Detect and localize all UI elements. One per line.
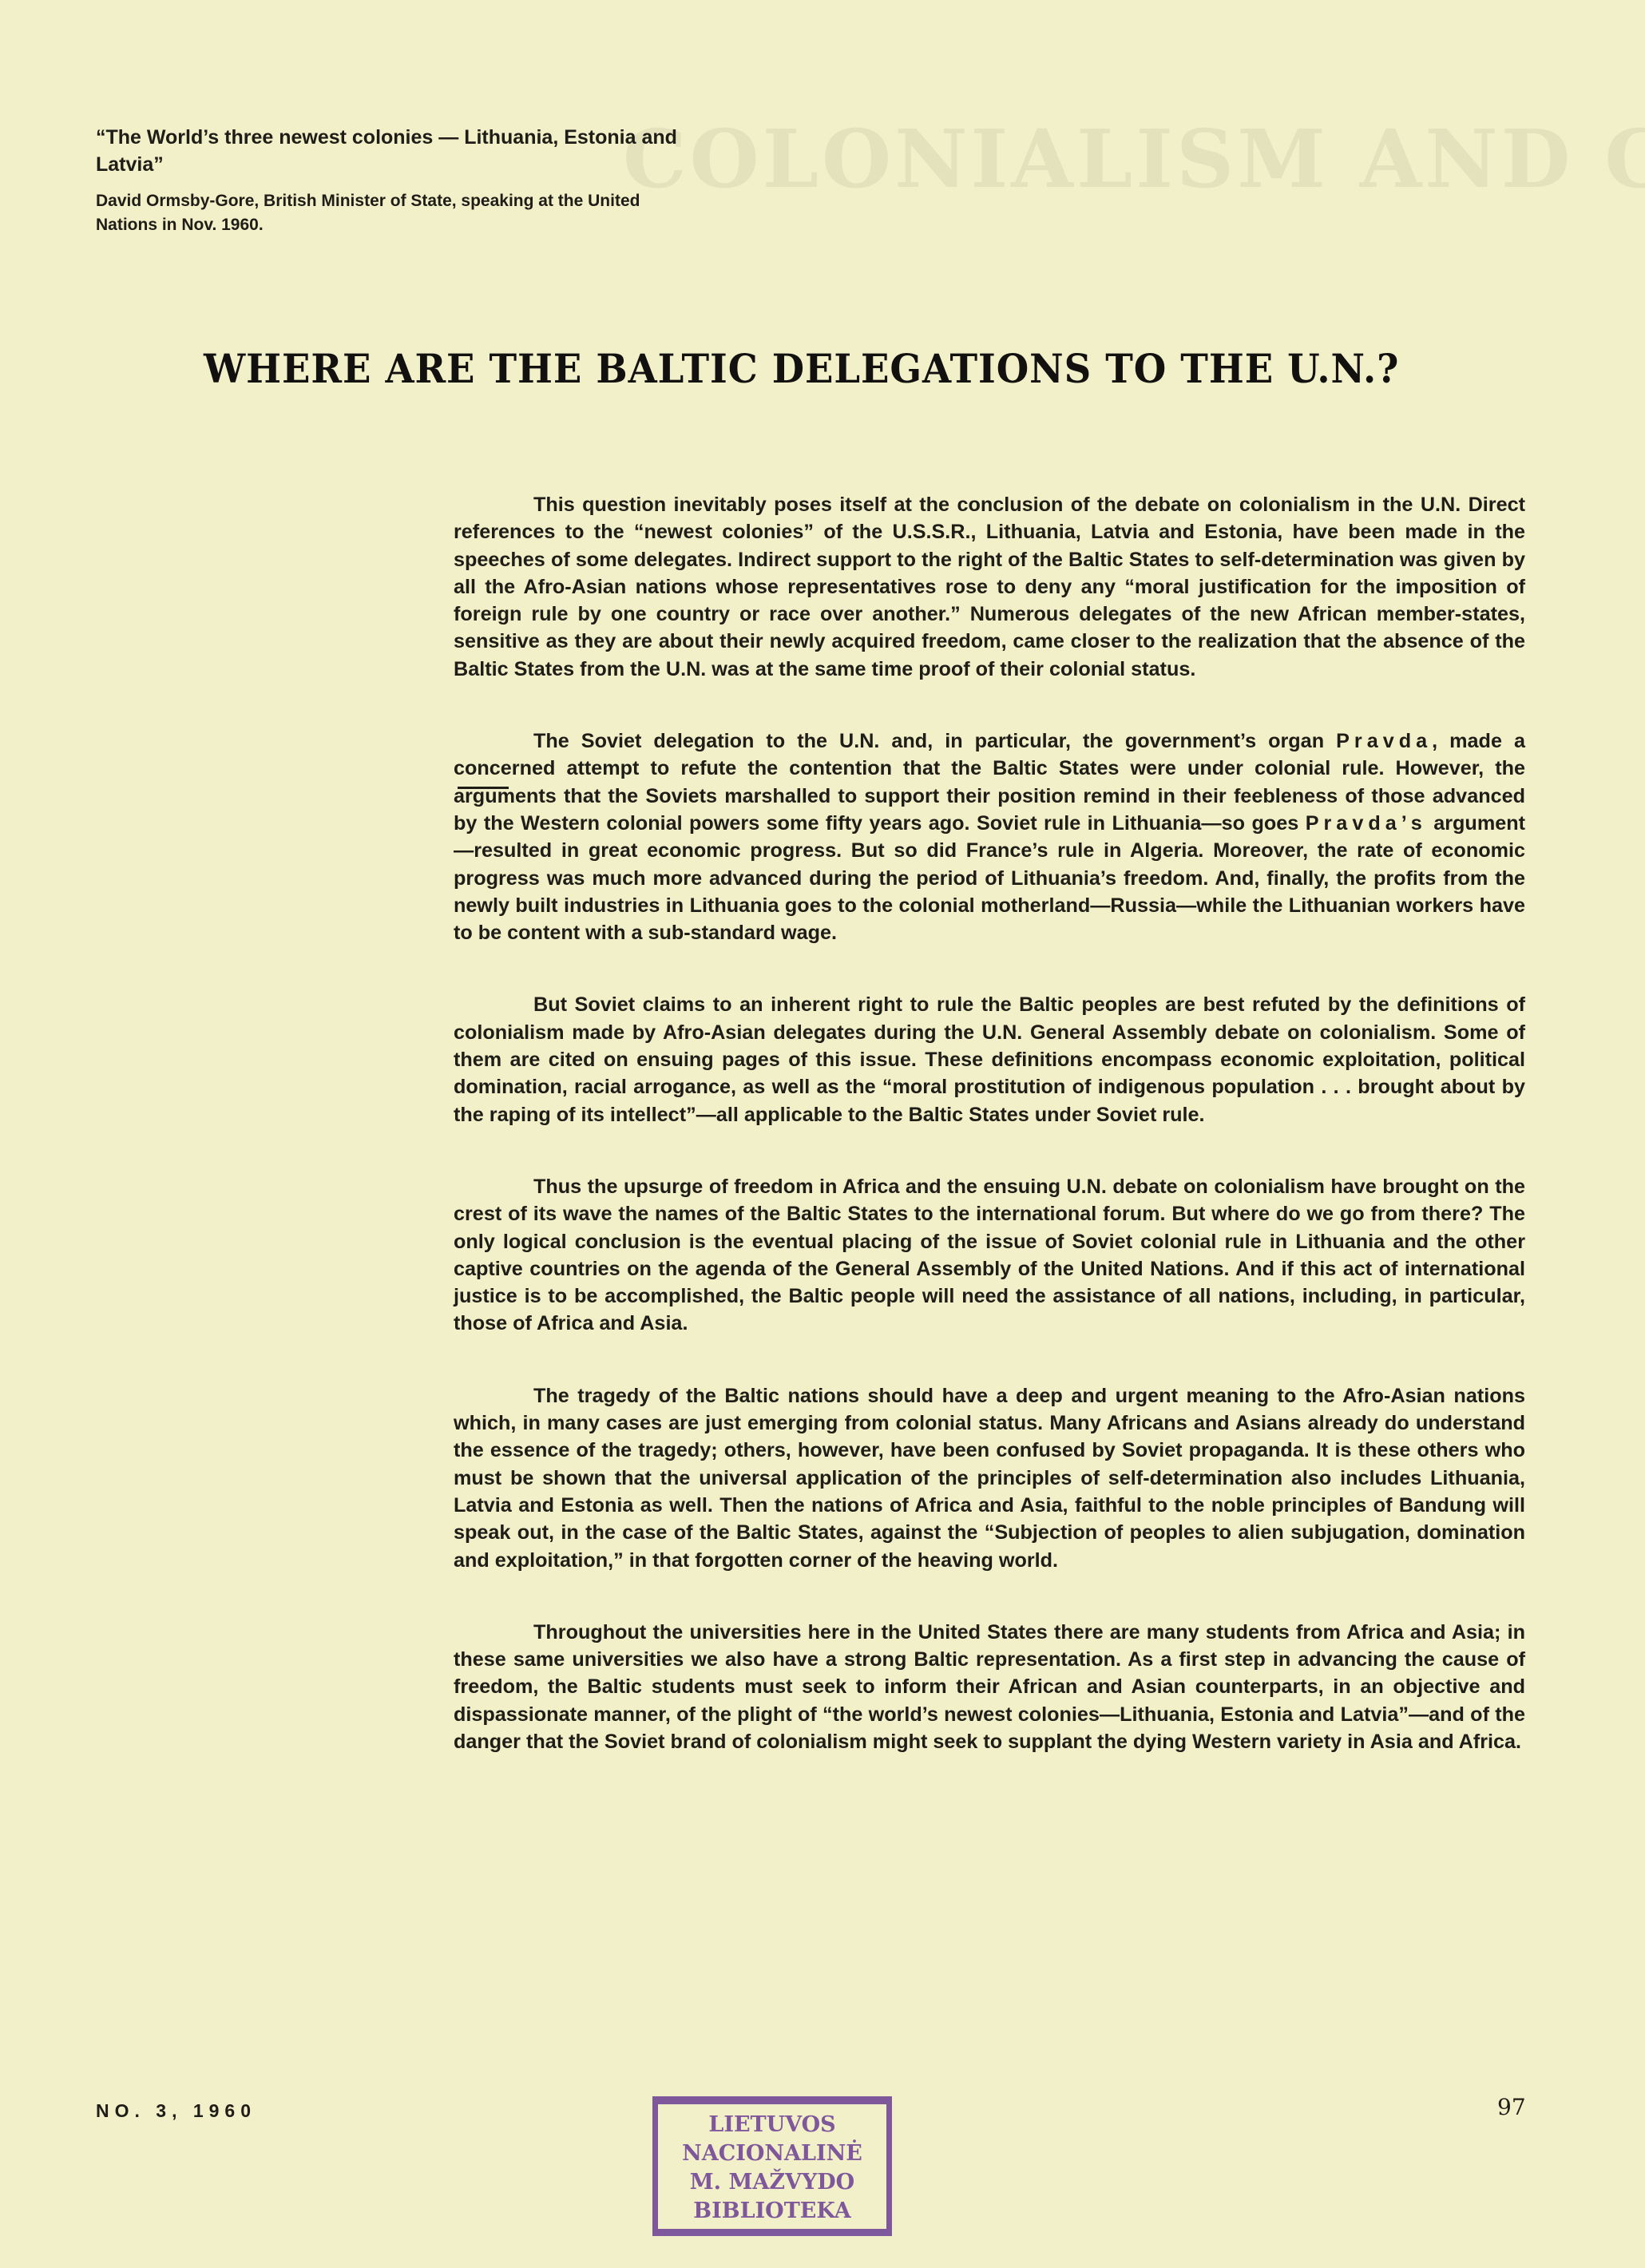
stamp-line-4: BIBLIOTEKA [658, 2197, 886, 2226]
paragraph-2-text-a: The Soviet delegation to the U.N. and, i… [533, 730, 1336, 752]
paragraph-4: Thus the upsurge of freedom in Africa an… [454, 1173, 1525, 1338]
paragraph-5: The tragedy of the Baltic nations should… [454, 1382, 1525, 1574]
paragraph-1: This question inevitably poses itself at… [454, 491, 1525, 683]
pravda-emphasis: Pravda’s [1306, 812, 1427, 835]
stamp-line-3: M. MAŽVYDO [658, 2168, 886, 2197]
paragraph-3: But Soviet claims to an inherent right t… [454, 991, 1525, 1128]
epigraph-quote: “The World’s three newest colonies — Lit… [96, 124, 703, 178]
pravda-emphasis: Pravda [1336, 730, 1432, 752]
issue-number: NO. 3, 1960 [96, 2100, 256, 2122]
paragraph-2: The Soviet delegation to the U.N. and, i… [454, 728, 1525, 946]
stamp-line-1: LIETUVOS [658, 2111, 886, 2139]
page-number: 97 [1497, 2094, 1526, 2120]
paragraph-6: Throughout the universities here in the … [454, 1619, 1525, 1755]
stamp-line-2: NACIONALINĖ [658, 2139, 886, 2168]
library-stamp: LIETUVOS NACIONALINĖ M. MAŽVYDO BIBLIOTE… [652, 2096, 892, 2236]
article-body: This question inevitably poses itself at… [454, 491, 1525, 1800]
epigraph-attribution: David Ormsby-Gore, British Minister of S… [96, 189, 703, 237]
bleed-through-heading: COLONIALISM AND GENOCIDE [623, 112, 1645, 206]
epigraph: “The World’s three newest colonies — Lit… [96, 124, 703, 237]
article-headline: WHERE ARE THE BALTIC DELEGATIONS TO THE … [204, 345, 1362, 392]
